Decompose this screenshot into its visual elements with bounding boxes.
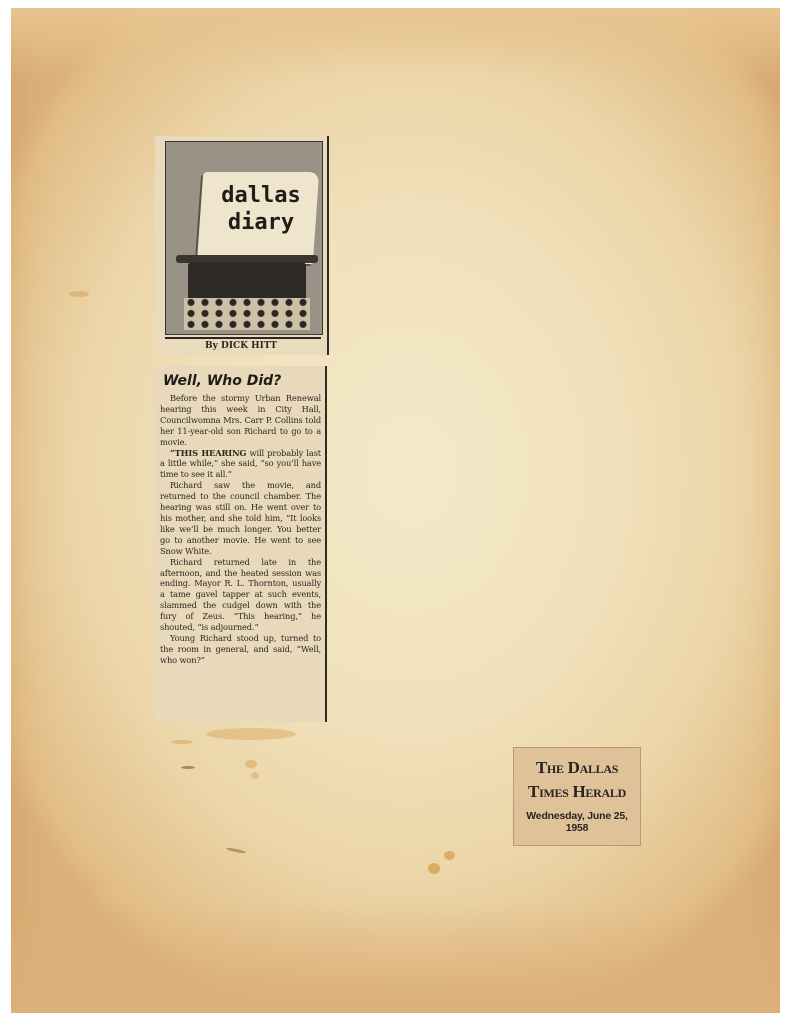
column-title: dallas diary — [206, 182, 316, 236]
scrapbook-page — [11, 8, 780, 1013]
article-paragraph: Young Richard stood up, turned to the ro… — [160, 633, 321, 666]
article-paragraph: “THIS HEARING will probably last a littl… — [160, 448, 321, 481]
stain — [245, 760, 257, 768]
stain — [444, 851, 455, 860]
publication-date: Wednesday, June 25, 1958 — [514, 810, 640, 834]
stain — [181, 766, 195, 769]
article-paragraph: Richard saw the movie, and returned to t… — [160, 480, 321, 556]
stain — [251, 772, 259, 779]
article-paragraph: Before the stormy Urban Renewal hearing … — [160, 393, 321, 448]
article-paragraph: Richard returned late in the afternoon, … — [160, 557, 321, 633]
typewriter-keys — [184, 298, 310, 330]
newspaper-source-tag: The Dallas Times Herald Wednesday, June … — [513, 747, 641, 846]
typewriter-illustration: dallas diary — [165, 141, 323, 335]
newspaper-name-line1: The Dallas — [514, 756, 640, 780]
typewriter-body — [188, 262, 306, 300]
newspaper-name-line2: Times Herald — [514, 780, 640, 804]
paragraph-lead: “THIS HEARING — [170, 448, 246, 458]
dallas-diary-masthead-clipping: dallas diary By DICK HITT — [155, 136, 329, 355]
stain — [206, 728, 296, 740]
article-clipping: Well, Who Did? Before the stormy Urban R… — [154, 366, 327, 722]
column-title-line1: dallas — [206, 182, 316, 209]
stain — [226, 847, 246, 854]
stain — [69, 291, 89, 297]
stain — [171, 740, 193, 744]
stain — [428, 863, 440, 874]
column-title-line2: diary — [206, 209, 316, 236]
article-headline: Well, Who Did? — [163, 373, 321, 389]
byline: By DICK HITT — [155, 339, 327, 353]
